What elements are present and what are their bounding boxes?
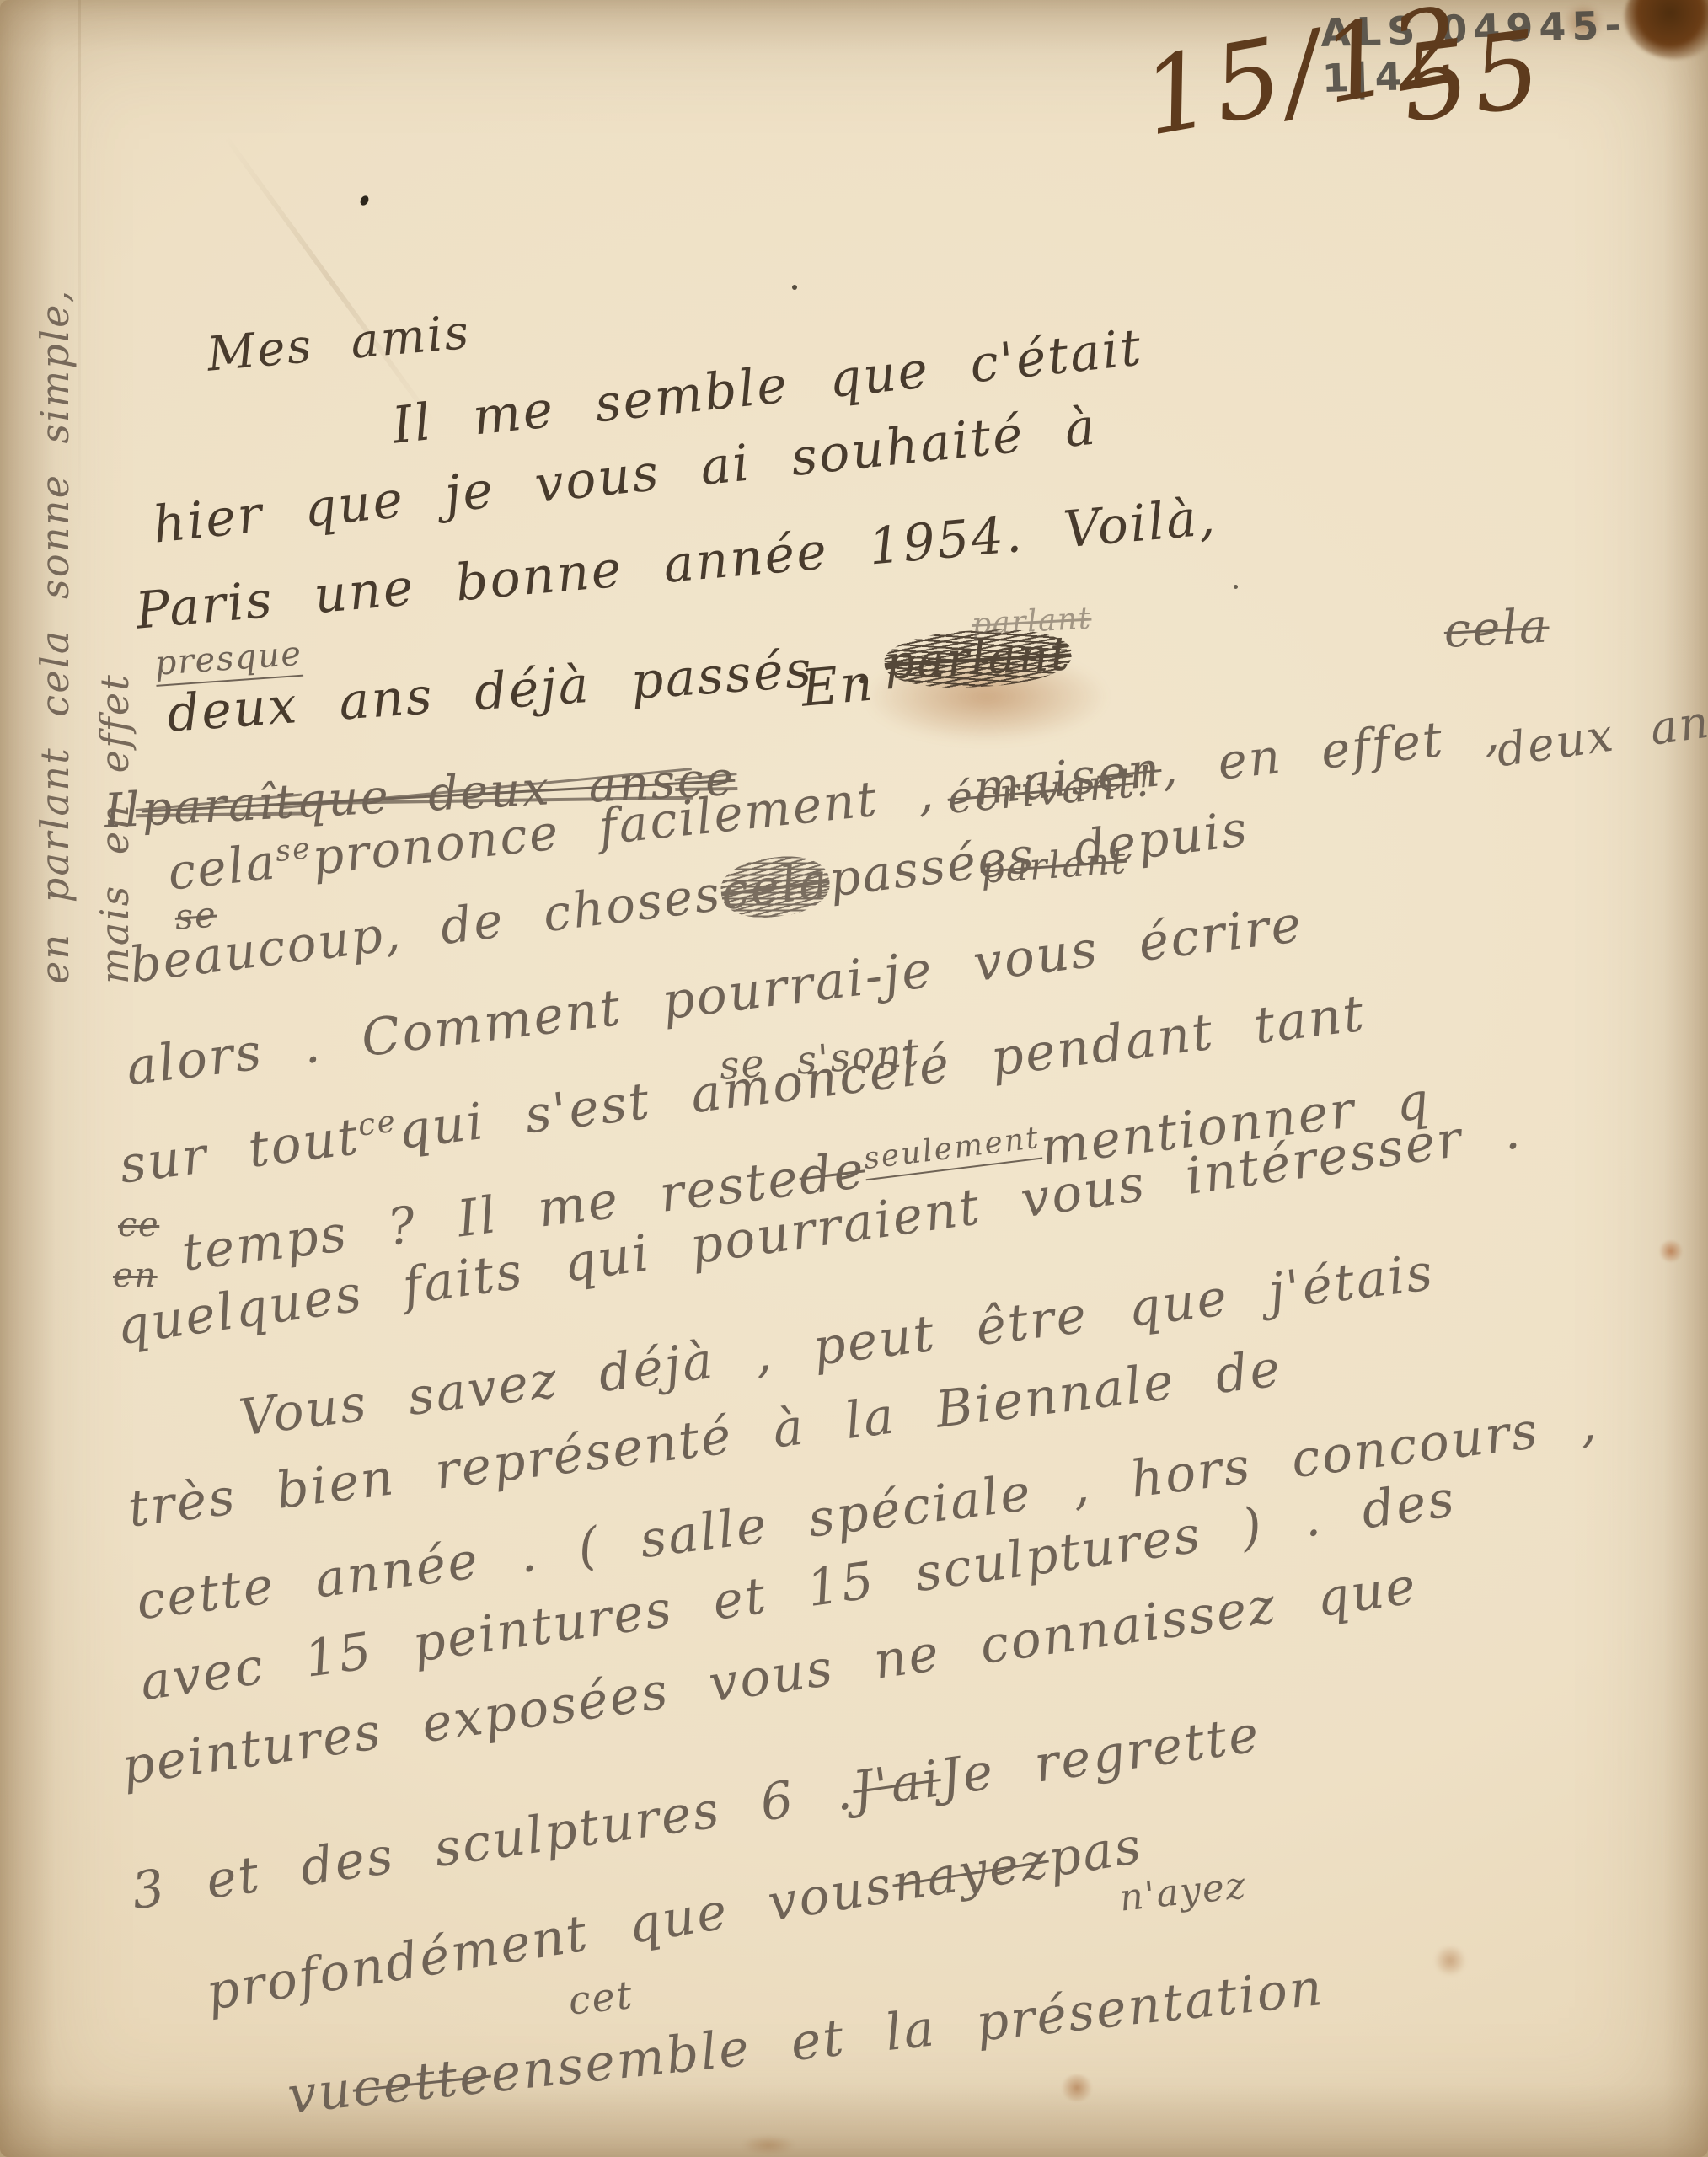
handwriting-segment-scrib: paraît (140, 773, 297, 838)
handwriting-segment: cet (566, 1972, 635, 2025)
handwriting-segment: cela (165, 832, 280, 902)
handwriting-segment-strike: cela (1443, 597, 1550, 660)
handwriting-line: cet (566, 1972, 635, 2025)
handwriting-segment-strike: ce (118, 1205, 159, 1245)
handwriting-line: en (113, 1255, 158, 1296)
handwriting-segment-strike: en (113, 1255, 158, 1296)
handwriting-segment-strike: parlant (971, 601, 1093, 644)
handwriting-segment: vu (285, 2059, 356, 2127)
handwriting-segment-sup: ce (356, 1103, 399, 1144)
handwriting-segment: En (799, 652, 877, 719)
handwriting-segment-strike: J'ai (849, 1748, 945, 1821)
margin-note: en parlant cela sonne simple, mais en ef… (25, 288, 146, 984)
handwriting-segment: 55 (1395, 6, 1551, 148)
handwriting-segment-strike: en (1095, 740, 1165, 805)
scanned-letter-page: ALS 04945-1|4 en parlant cela sonne simp… (0, 0, 1708, 2157)
handwriting-segment-sup: se (274, 832, 313, 870)
handwriting-line: ce (118, 1205, 159, 1245)
handwriting-line: parlant (971, 601, 1093, 644)
margin-note-line-1: en parlant cela sonne simple, (25, 288, 85, 984)
handwriting-line: 55 (1395, 6, 1551, 148)
margin-note-line-2: mais en effet (85, 288, 145, 984)
handwriting-line: En (799, 652, 877, 719)
handwriting-line: cela (1443, 597, 1550, 660)
